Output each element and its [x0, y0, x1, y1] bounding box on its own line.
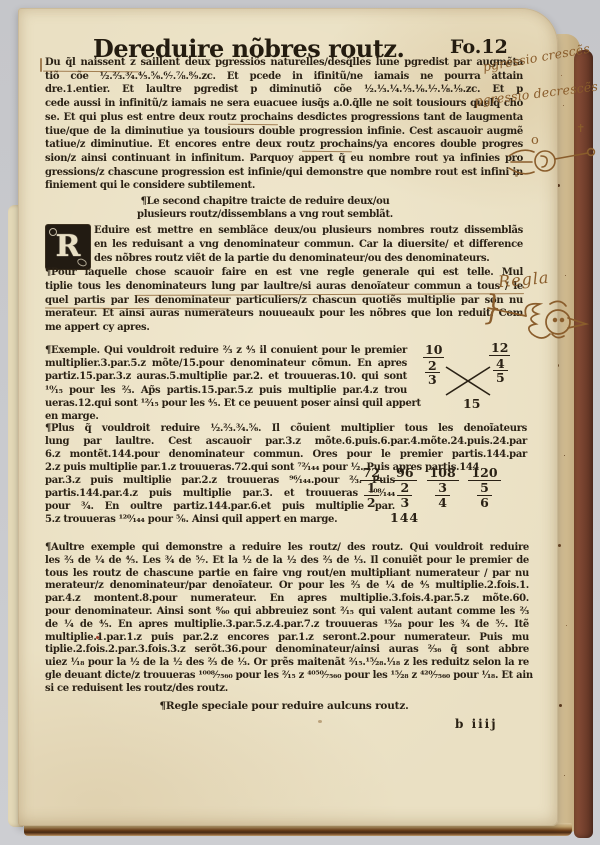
text-line: ¶Le second chapitre traicte de reduire d… [45, 196, 485, 209]
text-line: sion/z ainsi continuant in infinitum. Pa… [45, 152, 523, 166]
text-line: de ¹⁄₄ de ⁴⁄₅. En apres multiplie.3.par.… [45, 619, 529, 632]
folio-number: Fo.12 [450, 36, 508, 58]
paragraph-plus-narrow: par.3.z puis multiplie par.2.z trouueras… [45, 474, 395, 526]
text-line: les ²⁄₃ de ¹⁄₄ de ⁴⁄₅. Les ³⁄₄ de ⁵⁄₇. E… [45, 555, 529, 568]
text-line: partiz.15.par.3.z auras.5.multiplie par.… [45, 370, 407, 383]
text-line: ¶Aultre exemple qui demonstre a reduire … [45, 542, 529, 555]
woodcut-initial-R: R [46, 225, 90, 269]
fraction-two-thirds: 2 3 [425, 359, 440, 386]
common-denominator-144: 144 [390, 510, 500, 525]
signature-mark: b iiij [455, 717, 498, 731]
text-line: pour denominateur. Ainsi sont ⁸⁄₆₀ qui a… [45, 606, 529, 619]
text-line: plusieurs routz/dissemblans a vng rout s… [45, 209, 485, 222]
text-line: ¹⁰⁄₁₅ pour les ²⁄₃. Ap̃s partis.15.par.5… [45, 384, 407, 397]
text-line: tiue/que de la diminutiue ya tousiours d… [45, 125, 523, 139]
text-line: quel partis par les denominateur particu… [45, 294, 523, 308]
text-line: 5.z trouueras ¹²⁰⁄₁₄₄ pour ⁵⁄₆. Ainsi qu… [45, 513, 395, 526]
paragraph-aultre-exemple: ¶Aultre exemple qui demonstre a reduire … [45, 542, 529, 696]
paragraph-progressions-intro: Du q̃l naissent z saillent deux pgressiõ… [45, 56, 523, 193]
chapter-heading: ¶Le second chapitre traicte de reduire d… [45, 196, 485, 221]
red-ink-speck [96, 636, 99, 639]
text-line: tous les routz de chascune partie en fai… [45, 568, 529, 581]
text-line: gle deuant dicte/z trouueras ¹⁰⁰⁸⁄₇₅₆₀ p… [45, 670, 529, 683]
text-line: Eduire est mettre en semblãce deux/ou pl… [94, 224, 523, 238]
text-line: par.4.z montent.8.pour numerateur. En ap… [45, 593, 529, 606]
table-column: 120 5 6 [469, 466, 500, 509]
text-line: gressions/z chascune progression est inf… [45, 166, 523, 180]
table-columns: 72 1 2 96 2 3 108 3 4 120 5 6 [360, 466, 500, 509]
fraction-four-fifths: 4 5 [493, 357, 508, 384]
text-line: dre.1.entier. Et laultre pgredist p dimi… [45, 83, 523, 97]
text-line: Du q̃l naissent z saillent deux pgressiõ… [45, 56, 523, 70]
paragraph-reduire-indent: Eduire est mettre en semblãce deux/ou pl… [94, 224, 523, 265]
text-line: tatiue/z diminutiue. Et encores entre de… [45, 138, 523, 152]
text-line: des nõbres routz viẽt de la partie du de… [94, 252, 523, 266]
text-line: se. Et qui plus est entre deux routz pro… [45, 111, 523, 125]
common-denominator-15: 15 [463, 396, 480, 411]
text-line: cede aussi in infinitũ/z iamais ne sera … [45, 97, 523, 111]
manicule-icon-pointing-right [505, 140, 597, 182]
table-column: 108 3 4 [427, 466, 458, 509]
paragraph-reduire-full: ¶Pour laquelle chose scauoir faire en es… [45, 266, 523, 335]
text-line: en les reduisant a vng denominateur comm… [94, 238, 523, 252]
text-line: tiplie tous les denominateurs lung par l… [45, 280, 523, 294]
stain-spot [318, 720, 322, 723]
manicule-icon-pointing-left [486, 292, 590, 348]
section-heading-regle-speciale: ¶Regle speciale pour reduire aulcuns rou… [45, 700, 523, 712]
text-line: merateur. Et ainsi auras numerateurs nou… [45, 307, 523, 321]
text-line: ¶Plus q̃ vouldroit reduire ¹⁄₂.²⁄₃.³⁄₄.⁵… [45, 422, 527, 435]
text-line: partis.144.par.4.z puis multiplie par.3.… [45, 487, 395, 500]
text-line: tiplie.2.fois.2.par.3.fois.3.z serõt.36.… [45, 644, 529, 657]
text-line: finiement qui le considere subtilement. [45, 179, 523, 193]
text-line: lung par laultre. Cest ascauoir par.3.z … [45, 435, 527, 448]
text-line: me appert cy apres. [45, 321, 523, 335]
table-column: 96 2 3 [394, 466, 417, 509]
text-line: uiez ¹⁄₁₈ pour la ¹⁄₂ de la ¹⁄₂ des ²⁄₃ … [45, 657, 529, 670]
margin-figure-common-denominator-table: 72 1 2 96 2 3 108 3 4 120 5 6 144 [360, 466, 500, 525]
text-line: 6.z montẽt.144.pour denominateur commun.… [45, 448, 527, 461]
initial-letter: R [56, 232, 81, 262]
text-line: ¶Pour laquelle chose scauoir faire en es… [45, 266, 523, 280]
table-column: 72 1 2 [360, 466, 383, 509]
text-line: ueras.12.qui sont ¹²⁄₁₅ pour les ⁴⁄₅. Et… [45, 397, 407, 410]
cross-product-left: 10 [423, 342, 444, 358]
cross-lines-icon [445, 362, 491, 400]
ink-paragraph-mark [40, 58, 42, 72]
text-line: ¶Exemple. Qui vouldroit reduire ²⁄₃ z ⁴⁄… [45, 344, 407, 357]
text-line: multiplie.1.par.1.z puis par.2.z encores… [45, 632, 529, 645]
text-line: merateur/z denominateur/par denoĩateur. … [45, 580, 529, 593]
text-line: si ce reduisent les routz/des routz. [45, 683, 529, 696]
text-line: pour ³⁄₄. En oultre partiz.144.par.6.et … [45, 500, 395, 513]
text-line: multiplier.3.par.5.z mõte/15.pour denomi… [45, 357, 407, 370]
book-page-scan: Dereduire nõbres routz. Fo.12 Du q̃l nai… [18, 8, 558, 826]
margin-figure-cross-multiplication: 10 12 2 3 4 5 15 [421, 342, 523, 416]
ink-cross-mark: ✝ [576, 122, 585, 135]
text-line: par.3.z puis multiplie par.2.z trouueras… [45, 474, 395, 487]
paragraph-exemple: ¶Exemple. Qui vouldroit reduire ²⁄₃ z ⁴⁄… [45, 344, 407, 423]
